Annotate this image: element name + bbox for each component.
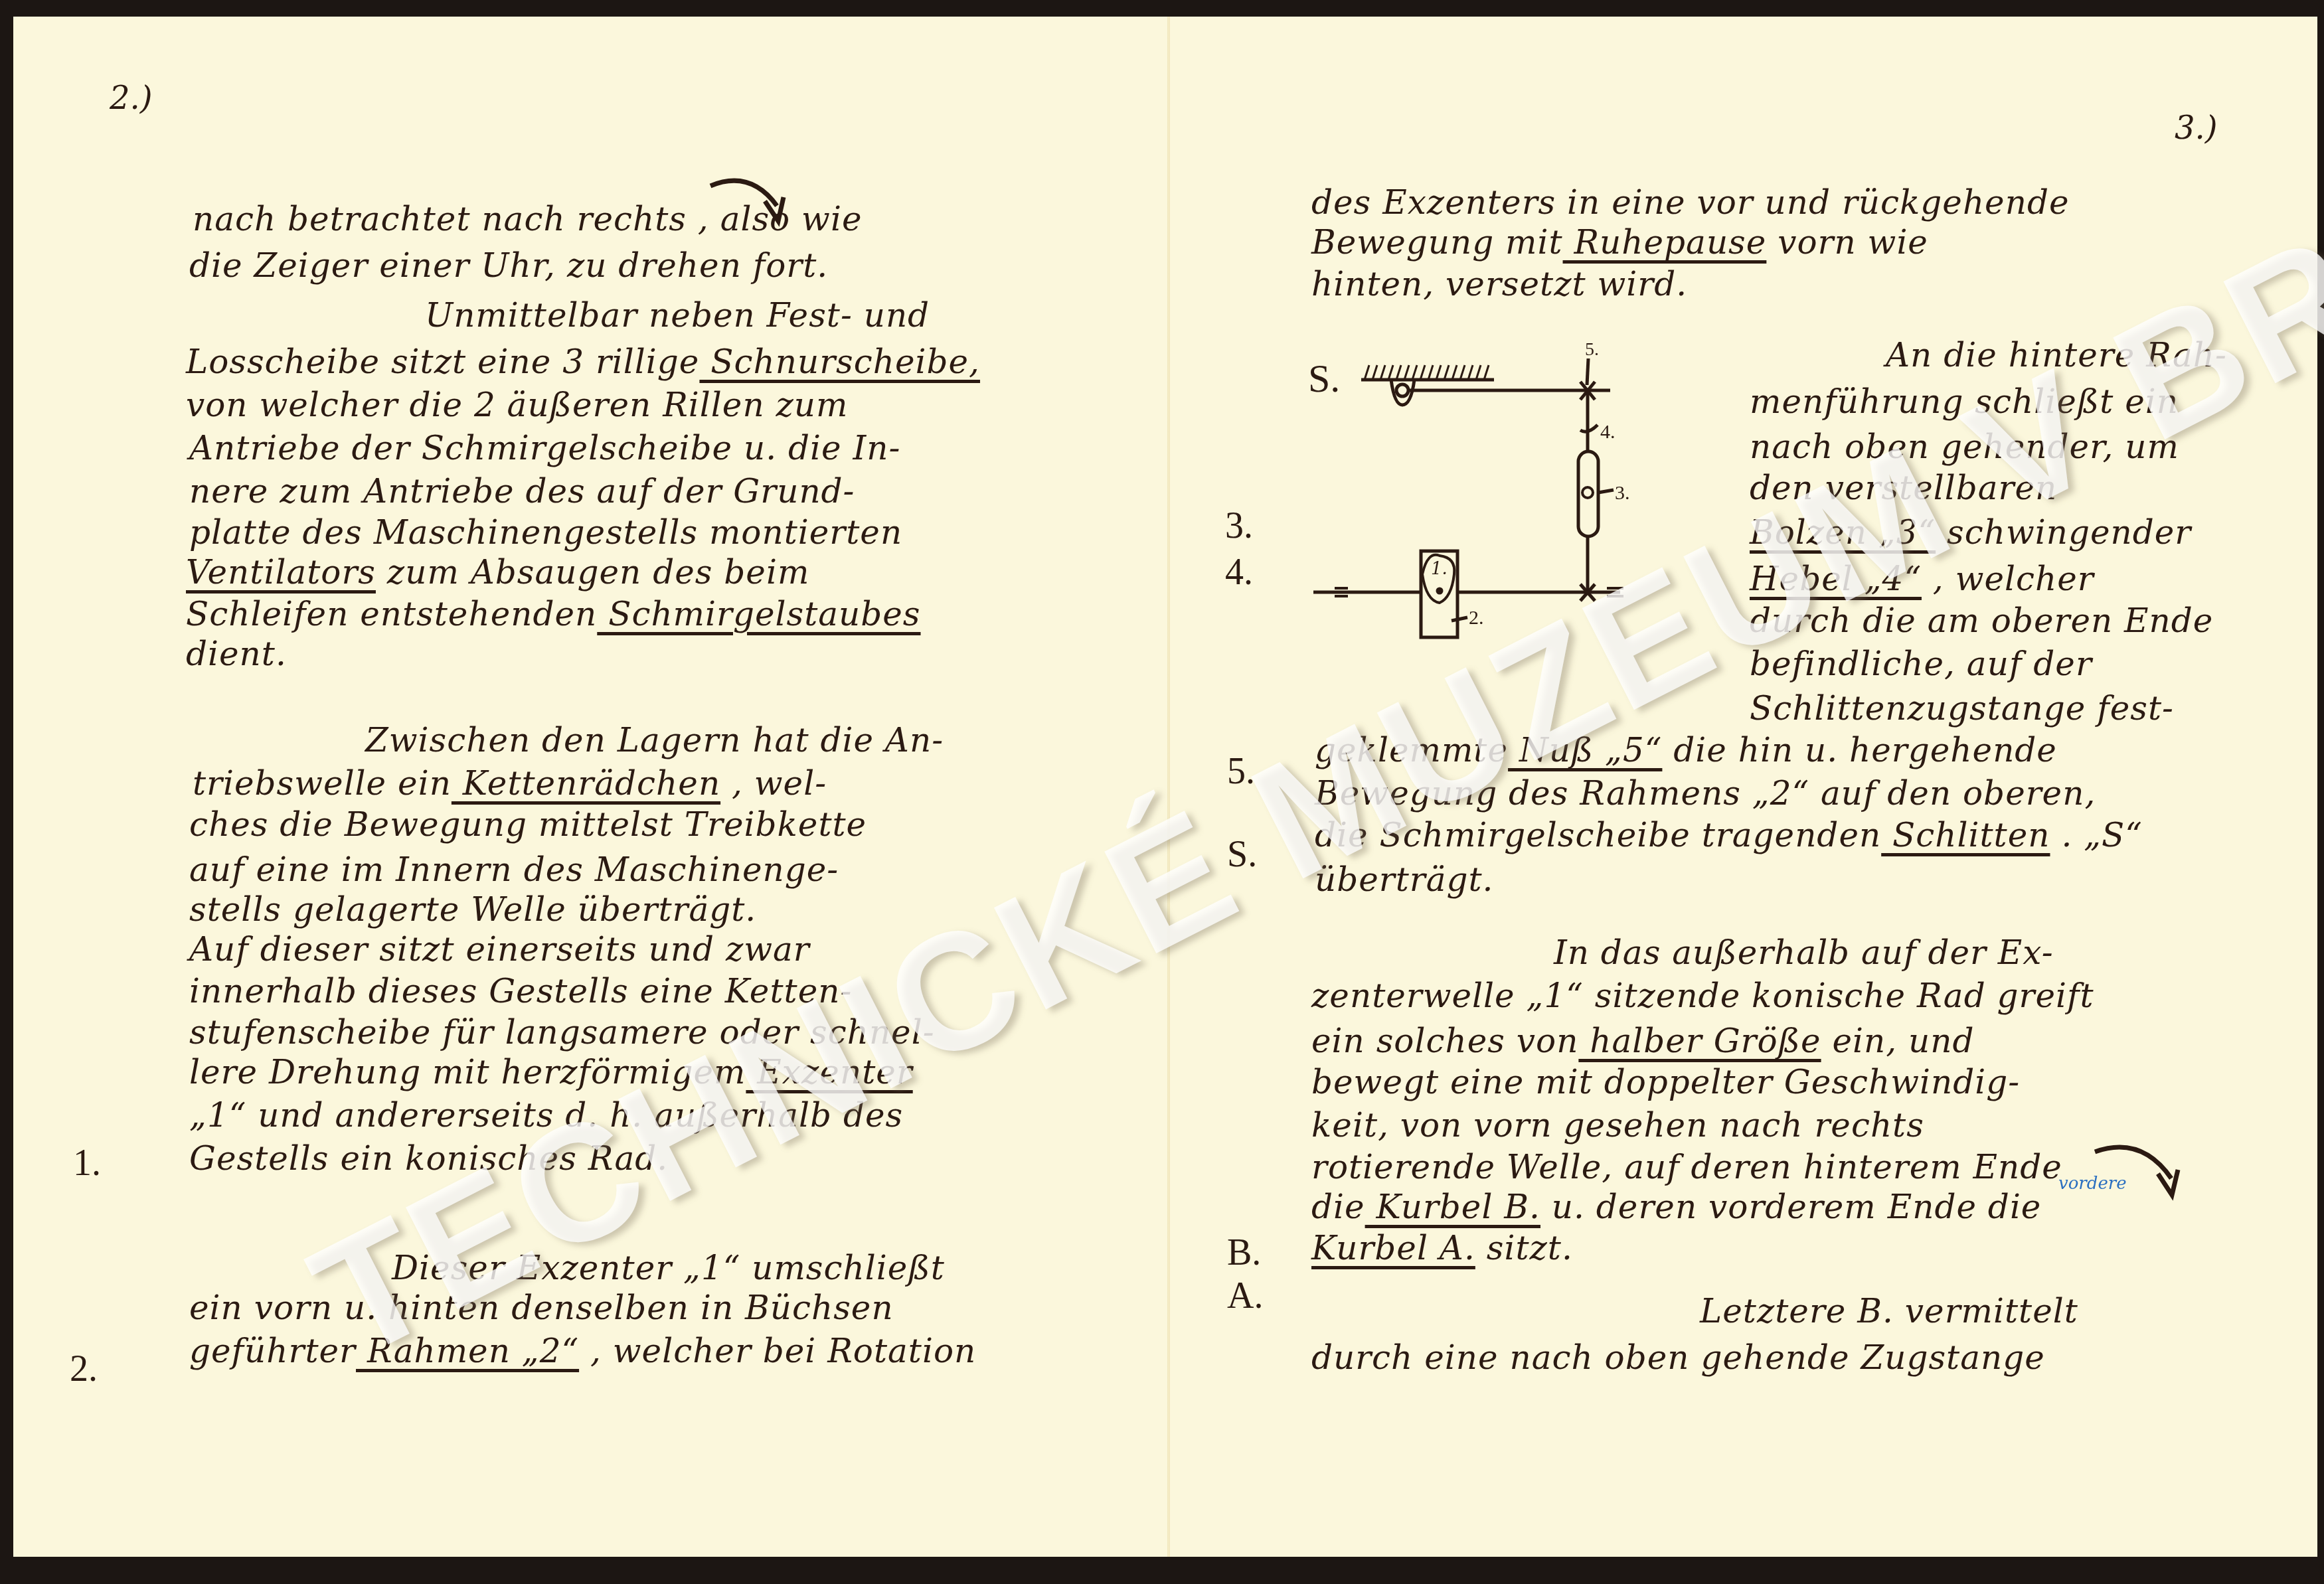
underlined-term: Exzenter [746,1053,912,1091]
line-text: ein, und [1821,1022,1975,1060]
left-page-line: Losscheibe sitzt eine 3 rillige Schnursc… [186,342,980,382]
left-page-line: lere Drehung mit herzförmigem Exzenter [189,1052,913,1092]
underlined-term: Kurbel A. [1311,1229,1475,1267]
line-text: von welcher die 2 äußeren Rillen zum [186,386,848,424]
line-text: dient. [186,635,287,673]
line-text: durch eine nach oben gehende Zugstange [1311,1338,2045,1377]
line-text: , welcher [1922,560,2094,598]
underlined-term: halber Größe [1578,1022,1821,1060]
left-page-line: platte des Maschinengestells montierten [189,513,902,552]
left-page-line: Zwischen den Lagern hat die An- [365,720,944,760]
left-page-line: dient. [186,634,287,674]
left-page-line: ein vorn u. hinten denselben in Büchsen [189,1288,894,1328]
margin-label-1: 1. [73,1142,101,1184]
line-text: nach betrachtet nach rechts [193,200,687,238]
left-page-line: Gestells ein konisches Rad. [189,1139,668,1178]
margin-label-5: 5. [1227,750,1255,793]
right-page-line: rotierende Welle, auf deren hinterem End… [1311,1147,2062,1187]
underlined-term: Rahmen „2“ [356,1332,579,1370]
line-text: die [1311,1188,1365,1226]
right-page-line: Bewegung mit Ruhepause vorn wie [1311,222,1928,262]
line-text: Bewegung des Rahmens „2“ auf den oberen, [1315,774,2096,813]
underlined-term: Kettenrädchen [452,764,720,803]
line-text: Bewegung mit [1311,223,1563,262]
line-text: sitzt. [1475,1229,1573,1267]
right-page-line: geklemmte Nuß „5“ die hin u. hergehende [1315,730,2057,770]
right-page-line: An die hintere Rah- [1886,335,2227,375]
left-page-line: die Zeiger einer Uhr, zu drehen fort. [189,246,828,285]
mechanism-diagram: S. 5. 4. 3. 1. 2. [1228,319,1773,730]
line-text: keit, von vorn gesehen nach rechts [1311,1106,1924,1145]
line-text: die Zeiger einer Uhr, zu drehen fort. [189,246,828,285]
line-text: stufenscheibe für langsamere oder schnel… [189,1013,935,1052]
line-text: platte des Maschinengestells montierten [189,513,902,552]
right-page-line: die Schmirgelscheibe tragenden Schlitten… [1315,815,2143,855]
page-fold [1167,17,1170,1557]
diagram-label-4: 4. [1600,421,1616,443]
right-page-line: Schlittenzugstange fest- [1750,688,2174,728]
line-text: ches die Bewegung mittelst Treibkette [189,805,867,844]
rotation-arrow-right-icon [2088,1135,2188,1208]
line-text: . „S“ [2050,816,2142,854]
left-page-line: auf eine im Innern des Maschinenge- [189,850,839,890]
left-page-line: „1“ und andererseits d. h. außerhalb des [189,1095,903,1135]
left-page-line: Antriebe der Schmirgelscheibe u. die In- [189,428,900,468]
left-page-line: nere zum Antriebe des auf der Grund- [189,471,855,511]
line-text: die hin u. hergehende [1662,731,2057,769]
left-page-line: triebswelle ein Kettenrädchen , wel- [193,763,827,803]
right-page-line: keit, von vorn gesehen nach rechts [1311,1105,1924,1145]
right-page-line: durch die am oberen Ende [1750,601,2213,641]
line-text: des Exzenters in eine vor und rückgehend… [1311,183,2070,222]
left-page-line: Ventilators zum Absaugen des beim [186,552,809,592]
right-page-line: bewegt eine mit doppelter Geschwindig- [1311,1062,2020,1102]
underlined-term: Nuß „5“ [1508,731,1662,769]
line-text: durch die am oberen Ende [1750,601,2213,640]
margin-label-s: S. [1227,833,1257,876]
left-page-line: von welcher die 2 äußeren Rillen zum [186,385,848,425]
right-page-line: hinten, versetzt wird. [1311,264,1687,304]
right-page-line: nach oben gehender, um [1750,427,2179,467]
left-page-line: geführter Rahmen „2“ , welcher bei Rotat… [189,1331,976,1371]
underlined-term: Ruhepause [1563,223,1767,262]
underlined-term: Ventilators [186,553,376,592]
diagram-label-5: 5. [1585,339,1599,360]
right-page-line: den verstellbaren [1750,468,2057,508]
right-page-line: befindliche, auf der [1750,644,2092,684]
line-text: innerhalb dieses Gestells eine Ketten- [189,972,852,1010]
line-text: schwingender [1936,513,2191,552]
right-page-line: zenterwelle „1“ sitzende konische Rad gr… [1311,976,2094,1016]
line-text: In das außerhalb auf der Ex- [1554,933,2054,972]
left-page-line: ches die Bewegung mittelst Treibkette [189,805,867,844]
line-text: nere zum Antriebe des auf der Grund- [189,472,855,511]
right-page-line: ein solches von halber Größe ein, und [1311,1021,1974,1061]
line-text: hinten, versetzt wird. [1311,265,1687,303]
right-page-line: Letztere B. vermittelt [1700,1291,2078,1331]
right-page-line: Hebel „4“ , welcher [1750,559,2094,599]
line-text: ein vorn u. hinten denselben in Büchsen [189,1289,894,1327]
underlined-term: Schnurscheibe, [699,343,980,381]
line-text: Unmittelbar neben Fest- und [425,296,930,335]
left-page-line: Dieser Exzenter „1“ umschließt [392,1248,945,1288]
line-text: Letztere B. vermittelt [1700,1292,2078,1330]
line-text: geklemmte [1315,731,1508,769]
right-page-line: des Exzenters in eine vor und rückgehend… [1311,183,2070,222]
underlined-term: Kurbel B. [1365,1188,1540,1226]
page-number-left: 2.) [110,80,153,117]
line-text: bewegt eine mit doppelter Geschwindig- [1311,1063,2020,1101]
underlined-term: Bolzen „3“ [1750,513,1936,552]
line-text: menführung schließt ein [1750,382,2179,421]
diagram-label-2: 2. [1469,607,1484,629]
right-page-line: die Kurbel B. u. deren vorderem Ende die [1311,1187,2041,1227]
line-text: stells gelagerte Welle überträgt. [189,890,756,929]
right-page-line: menführung schließt ein [1750,382,2179,422]
line-text: Auf dieser sitzt einerseits und zwar [189,930,810,969]
left-page-line: Unmittelbar neben Fest- und [425,295,930,335]
margin-label-b: B. [1227,1231,1261,1274]
rotation-arrow-left-icon [704,169,803,236]
underlined-term: Schmirgelstaubes [597,595,920,633]
line-text: vorn wie [1766,223,1928,262]
line-text: die Schmirgelscheibe tragenden [1315,816,1881,854]
left-page-line: Auf dieser sitzt einerseits und zwar [189,929,810,969]
diagram-label-1: 1. [1431,559,1448,579]
left-page-line: innerhalb dieses Gestells eine Ketten- [189,971,852,1011]
line-text: Gestells ein konisches Rad. [189,1139,668,1178]
margin-label-2: 2. [70,1348,98,1390]
line-text: auf eine im Innern des Maschinenge- [189,850,839,889]
right-page-line: In das außerhalb auf der Ex- [1554,933,2054,973]
left-page-line: stells gelagerte Welle überträgt. [189,890,756,929]
line-text: den verstellbaren [1750,469,2057,507]
line-text: Antriebe der Schmirgelscheibe u. die In- [189,429,900,467]
line-text: überträgt. [1315,860,1494,899]
right-page-line: Bolzen „3“ schwingender [1750,513,2191,552]
diagram-label-3: 3. [1615,482,1630,504]
left-page-line: stufenscheibe für langsamere oder schnel… [189,1012,935,1052]
underlined-term: Schlitten [1881,816,2050,854]
right-page-line: Bewegung des Rahmens „2“ auf den oberen, [1315,773,2096,813]
margin-label-a: A. [1227,1275,1263,1317]
underlined-term: Hebel „4“ [1750,560,1922,598]
line-text: u. deren vorderem Ende die [1540,1188,2042,1226]
line-text: rotierende Welle, auf deren hinterem End… [1311,1148,2062,1186]
line-text: zum Absaugen des beim [376,553,809,592]
line-text: triebswelle ein [193,764,452,803]
line-text: Schleifen entstehenden [186,595,597,633]
line-text: Dieser Exzenter „1“ umschließt [392,1249,945,1287]
right-page-line: überträgt. [1315,860,1494,900]
line-text: Zwischen den Lagern hat die An- [365,721,944,759]
line-text: , welcher bei Rotation [579,1332,976,1370]
line-text: Schlittenzugstange fest- [1750,689,2174,728]
line-text: zenterwelle „1“ sitzende konische Rad gr… [1311,977,2094,1015]
line-text: nach oben gehender, um [1750,428,2179,466]
line-text: befindliche, auf der [1750,645,2092,683]
line-text: An die hintere Rah- [1886,336,2227,374]
line-text: lere Drehung mit herzförmigem [189,1053,746,1091]
line-text: Losscheibe sitzt eine 3 rillige [186,343,699,381]
diagram-label-s: S. [1308,356,1340,400]
line-text: ein solches von [1311,1022,1578,1060]
line-text: geführter [189,1332,356,1370]
right-page-line: durch eine nach oben gehende Zugstange [1311,1338,2045,1378]
page-number-right: 3.) [2175,110,2218,147]
line-text: , wel- [720,764,827,803]
left-page-line: Schleifen entstehenden Schmirgelstaubes [186,594,921,634]
line-text: „1“ und andererseits d. h. außerhalb des [189,1096,903,1135]
right-page-line: Kurbel A. sitzt. [1311,1228,1573,1268]
